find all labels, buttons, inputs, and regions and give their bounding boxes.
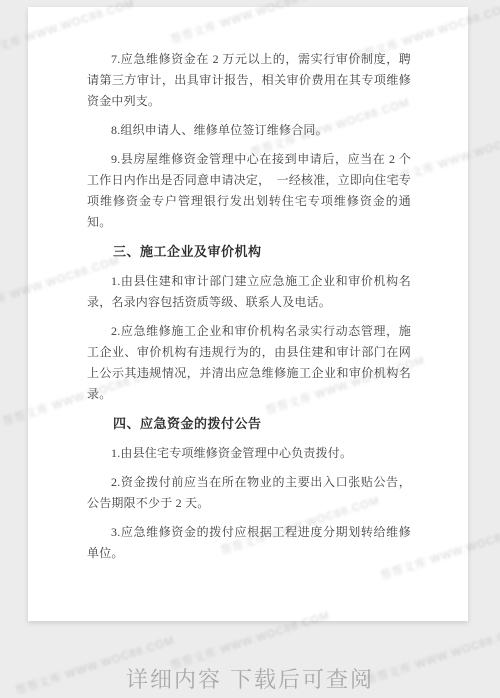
section-heading: 四、应急资金的拨付公告 bbox=[87, 413, 411, 434]
document-paragraph: 3.应急维修资金的拨付应根据工程进度分期划转给维修单位。 bbox=[87, 522, 411, 564]
document-paragraph: 9.县房屋维修资金管理中心在接到申请后，应当在 2 个工作日内作出是否同意申请决… bbox=[87, 149, 411, 233]
document-preview: 7.应急维修资金在 2 万元以上的，需实行审价制度，聘请第三方审计，出具审计报告… bbox=[0, 0, 500, 698]
download-notice: 详细内容 下载后可查阅 bbox=[0, 663, 500, 694]
document-paragraph: 1.由县住宅专项维修资金管理中心负责拨付。 bbox=[87, 443, 411, 464]
document-content: 7.应急维修资金在 2 万元以上的，需实行审价制度，聘请第三方审计，出具审计报告… bbox=[87, 49, 411, 564]
document-page: 7.应急维修资金在 2 万元以上的，需实行审价制度，聘请第三方审计，出具审计报告… bbox=[28, 7, 468, 621]
document-paragraph: 2.资金拨付前应当在所在物业的主要出入口张贴公告，公告期限不少于 2 天。 bbox=[87, 472, 411, 514]
section-heading: 三、施工企业及审价机构 bbox=[87, 241, 411, 262]
document-paragraph: 1.由县住建和审计部门建立应急施工企业和审价机构名录，名录内容包括资质等级、联系… bbox=[87, 271, 411, 313]
document-paragraph: 2.应急维修施工企业和审价机构名录实行动态管理，施工企业、审价机构有违规行为的，… bbox=[87, 321, 411, 405]
document-paragraph: 7.应急维修资金在 2 万元以上的，需实行审价制度，聘请第三方审计，出具审计报告… bbox=[87, 49, 411, 112]
document-paragraph: 8.组织申请人、维修单位签订维修合同。 bbox=[87, 120, 411, 141]
